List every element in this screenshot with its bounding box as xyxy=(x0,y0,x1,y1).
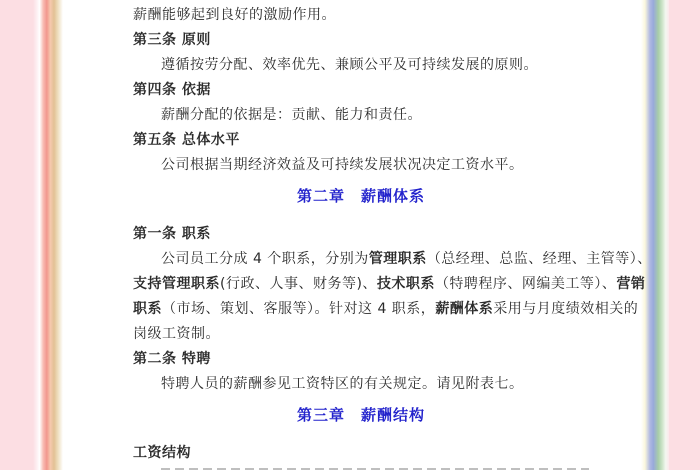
article-heading: 第一条 职系 xyxy=(133,222,589,247)
body-line: 薪酬分配的依据是：贡献、能力和责任。 xyxy=(133,103,589,128)
body-line: 支持管理职系(行政、人事、财务等)、技术职系（特聘程序、网编美工等）、营销 xyxy=(133,272,589,297)
text-segment: 工资结构 xyxy=(133,445,191,461)
text-segment: 第五条 总体水平 xyxy=(133,132,240,148)
text-segment: 薪酬能够起到良好的激励作用。 xyxy=(133,7,336,23)
text-segment: 岗级工资制。 xyxy=(133,326,220,342)
text-segment: 第四条 依据 xyxy=(133,82,211,98)
text-segment: 营销 xyxy=(616,276,645,292)
text-segment: 第二条 特聘 xyxy=(133,351,211,367)
article-heading: 第二条 特聘 xyxy=(133,347,589,372)
text-segment: 公司员工分成 4 个职系，分别为 xyxy=(161,251,369,267)
text-segment: 支持管理职系 xyxy=(133,276,220,292)
left-decorative-stripe-band xyxy=(33,0,63,470)
body-line: 遵循按劳分配、效率优先、兼顾公平及可持续发展的原则。 xyxy=(133,53,589,78)
body-line: 特聘人员的薪酬参见工资特区的有关规定。请见附表七。 xyxy=(133,372,589,397)
text-segment: 第二章 薪酬体系 xyxy=(297,187,425,205)
article-heading: 工资结构 xyxy=(133,441,589,466)
right-decorative-stripe-band xyxy=(641,0,669,470)
text-segment: 薪酬体系 xyxy=(435,301,493,317)
article-heading: 第三条 原则 xyxy=(133,28,589,53)
chapter-heading: 第三章 薪酬结构 xyxy=(133,399,589,431)
text-segment: 遵循按劳分配、效率优先、兼顾公平及可持续发展的原则。 xyxy=(161,57,538,73)
body-line: 岗级工资制。 xyxy=(133,322,589,347)
text-segment: 第三条 原则 xyxy=(133,32,211,48)
body-line: 公司员工分成 4 个职系，分别为管理职系（总经理、总监、经理、主管等）、 xyxy=(133,247,589,272)
text-segment: (行政、人事、财务等)、 xyxy=(220,276,377,292)
text-segment: 技术职系 xyxy=(377,276,435,292)
body-line: 职系（市场、策划、客服等）。针对这 4 职系，薪酬体系采用与月度绩效相关的 xyxy=(133,297,589,322)
chapter-heading: 第二章 薪酬体系 xyxy=(133,180,589,212)
document-lines: 薪酬能够起到良好的激励作用。第三条 原则遵循按劳分配、效率优先、兼顾公平及可持续… xyxy=(133,3,589,466)
text-segment: 第一条 职系 xyxy=(133,226,211,242)
article-heading: 第四条 依据 xyxy=(133,78,589,103)
text-segment: 公司根据当期经济效益及可持续发展状况决定工资水平。 xyxy=(161,157,524,173)
document-page: 薪酬能够起到良好的激励作用。第三条 原则遵循按劳分配、效率优先、兼顾公平及可持续… xyxy=(63,0,641,470)
text-segment: （市场、策划、客服等）。针对这 4 职系， xyxy=(162,301,435,317)
text-segment: 采用与月度绩效相关的 xyxy=(493,301,638,317)
text-segment: 第三章 薪酬结构 xyxy=(297,406,425,424)
text-segment: （总经理、总监、经理、主管等）、 xyxy=(427,251,652,267)
body-line: 薪酬能够起到良好的激励作用。 xyxy=(133,3,589,28)
text-segment: （特聘程序、网编美工等）、 xyxy=(435,276,617,292)
text-segment: 特聘人员的薪酬参见工资特区的有关规定。请见附表七。 xyxy=(161,376,524,392)
body-line: 公司根据当期经济效益及可持续发展状况决定工资水平。 xyxy=(133,153,589,178)
text-segment: 薪酬分配的依据是：贡献、能力和责任。 xyxy=(161,107,422,123)
text-segment: 职系 xyxy=(133,301,162,317)
text-segment: 管理职系 xyxy=(369,251,427,267)
article-heading: 第五条 总体水平 xyxy=(133,128,589,153)
